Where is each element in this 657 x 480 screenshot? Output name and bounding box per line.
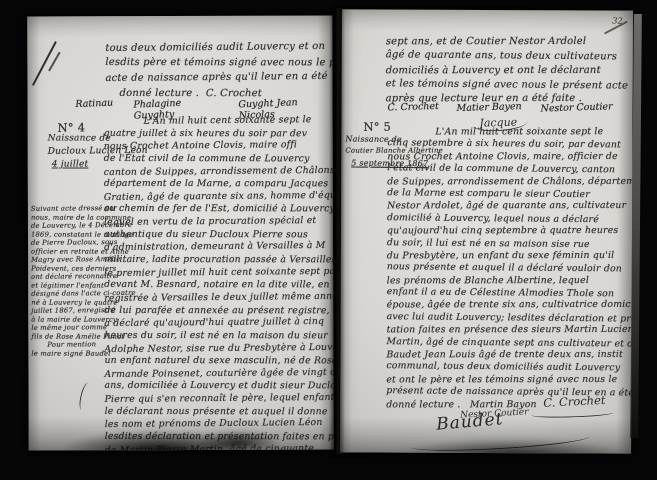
signature-father: Baudet bbox=[435, 409, 504, 435]
handwriting-line: tous deux domiciliés audit Louvercy et o… bbox=[105, 41, 333, 59]
signature: Matier Bayen bbox=[457, 101, 522, 114]
handwriting-line: les nom et prénoms de Ducloux Lucien Léo… bbox=[105, 417, 334, 432]
handwriting-line: âgé de quarante ans, tous deux cultivate… bbox=[386, 50, 629, 67]
margin-paraph-mark bbox=[77, 382, 92, 411]
handwriting-line: Adolphe Nestor, sise rue du Presbytère à… bbox=[104, 341, 333, 356]
handwriting-line: acte de naissance après qu'il leur en a … bbox=[105, 71, 333, 89]
left-page: tous deux domiciliés audit Louvercy et o… bbox=[27, 15, 334, 450]
handwriting-line: d'administration, demeurant à Versailles… bbox=[104, 240, 334, 255]
handwriting-line: Nestor Ardolet, âgé de quarante ans, cul… bbox=[387, 200, 633, 213]
handwriting-line: registrée à Versailles le deux juillet m… bbox=[104, 291, 334, 306]
handwriting-line: L'An mil huit cent soixante sept le bbox=[144, 114, 334, 129]
handwriting-line: lesdites déclaration et présentation fai… bbox=[105, 431, 334, 444]
act4-body: L'An mil huit cent soixante sept lequatr… bbox=[104, 114, 334, 450]
handwriting-line: qu'aujourd'hui cinq septembre à quatre h… bbox=[387, 225, 633, 238]
signature-mayor: C. Crochet bbox=[543, 393, 606, 410]
act4-ending: sept ans, et de Coutier Nestor Ardolelâg… bbox=[386, 36, 629, 109]
handwriting-line: heures du soir, il est né en la maison d… bbox=[104, 330, 333, 343]
handwriting-line: L'An mil huit cent soixante sept le bbox=[435, 126, 633, 139]
handwriting-line: épouse, âgée de trente six ans, cultivat… bbox=[387, 299, 633, 312]
signature: C. Crochet bbox=[387, 101, 439, 114]
handwriting-line: de l'État civil de la commune de Louverc… bbox=[104, 153, 334, 166]
handwriting-line: les prénoms de Blanche Albertine, lequel bbox=[387, 275, 633, 288]
handwriting-line: nous Crochet Antoine Clovis, maire offi bbox=[104, 139, 334, 154]
register-scan: tous deux domiciliés audit Louvercy et o… bbox=[0, 0, 657, 480]
handwriting-line: militaire, ladite procuration passée à V… bbox=[104, 254, 334, 267]
handwriting-line: tation faites en présence des sieurs Mar… bbox=[387, 324, 633, 337]
signature-flourish bbox=[531, 409, 613, 419]
handwriting-line: lequel en vertu de la procuration spécia… bbox=[104, 215, 334, 230]
act5-body: L'An mil huit cent soixante sept lecinq … bbox=[386, 126, 633, 412]
handwriting-line: sept ans, et de Coutier Nestor Ardolel bbox=[386, 36, 629, 51]
signature: Nestor Coutier bbox=[540, 101, 612, 114]
handwriting-line: a déclaré qu'aujourd'hui quatre juillet … bbox=[104, 316, 333, 331]
book-gutter bbox=[329, 8, 345, 454]
act4-signatures: C. CrochetMatier BayenNestor Coutier bbox=[388, 102, 628, 114]
handwriting-line: de Suippes, arrondissement de Châlons, d… bbox=[387, 175, 633, 188]
handwriting-line: Pierre qui s'en reconnaît le père, leque… bbox=[105, 392, 334, 407]
right-page: 32 sept ans, et de Coutier Nestor Ardole… bbox=[340, 9, 633, 453]
handwriting-line: domiciliés à Louvercy et ont le déclaran… bbox=[386, 64, 629, 79]
previous-act-ending: tous deux domiciliés audit Louvercy et o… bbox=[105, 41, 333, 103]
